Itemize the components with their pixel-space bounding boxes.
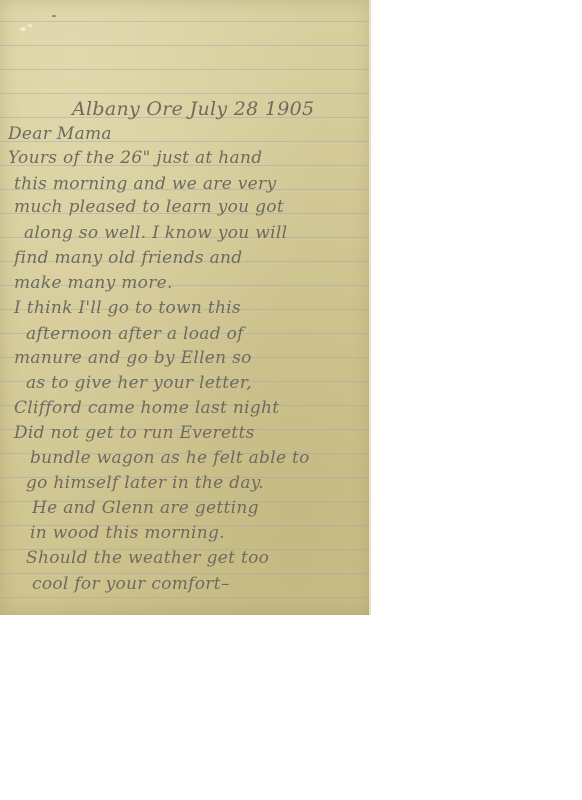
letter-line: Did not get to run Everetts [14, 425, 255, 442]
letter-line: this morning and we are very [14, 176, 276, 193]
letter-line: Should the weather get too [26, 550, 269, 567]
letter-line: find many old friends and [14, 250, 242, 267]
letter-line: make many more. [14, 275, 173, 292]
letter-line: bundle wagon as he felt able to [30, 450, 310, 467]
paper-speck [52, 15, 56, 17]
letter-line: He and Glenn are getting [32, 500, 259, 517]
letter-dateline: Albany Ore July 28 1905 [72, 100, 314, 119]
letter-page: Albany Ore July 28 1905 Dear Mama Yours … [0, 0, 371, 615]
letter-line: as to give her your letter, [26, 375, 252, 392]
paper-speck [20, 27, 26, 31]
letter-line: Yours of the 26" just at hand [8, 150, 262, 167]
letter-line: cool for your comfort– [32, 576, 230, 593]
letter-line: manure and go by Ellen so [14, 350, 252, 367]
letter-line: along so well. I know you will [24, 225, 287, 242]
letter-line: I think I'll go to town this [14, 300, 241, 317]
letter-line: afternoon after a load of [26, 326, 244, 343]
letter-salutation: Dear Mama [8, 126, 112, 143]
letter-line: much pleased to learn you got [14, 199, 284, 216]
letter-line: go himself later in the day. [26, 475, 264, 492]
paper-speck [28, 24, 32, 27]
letter-line: in wood this morning. [30, 525, 225, 542]
letter-line: Clifford came home last night [14, 400, 279, 417]
